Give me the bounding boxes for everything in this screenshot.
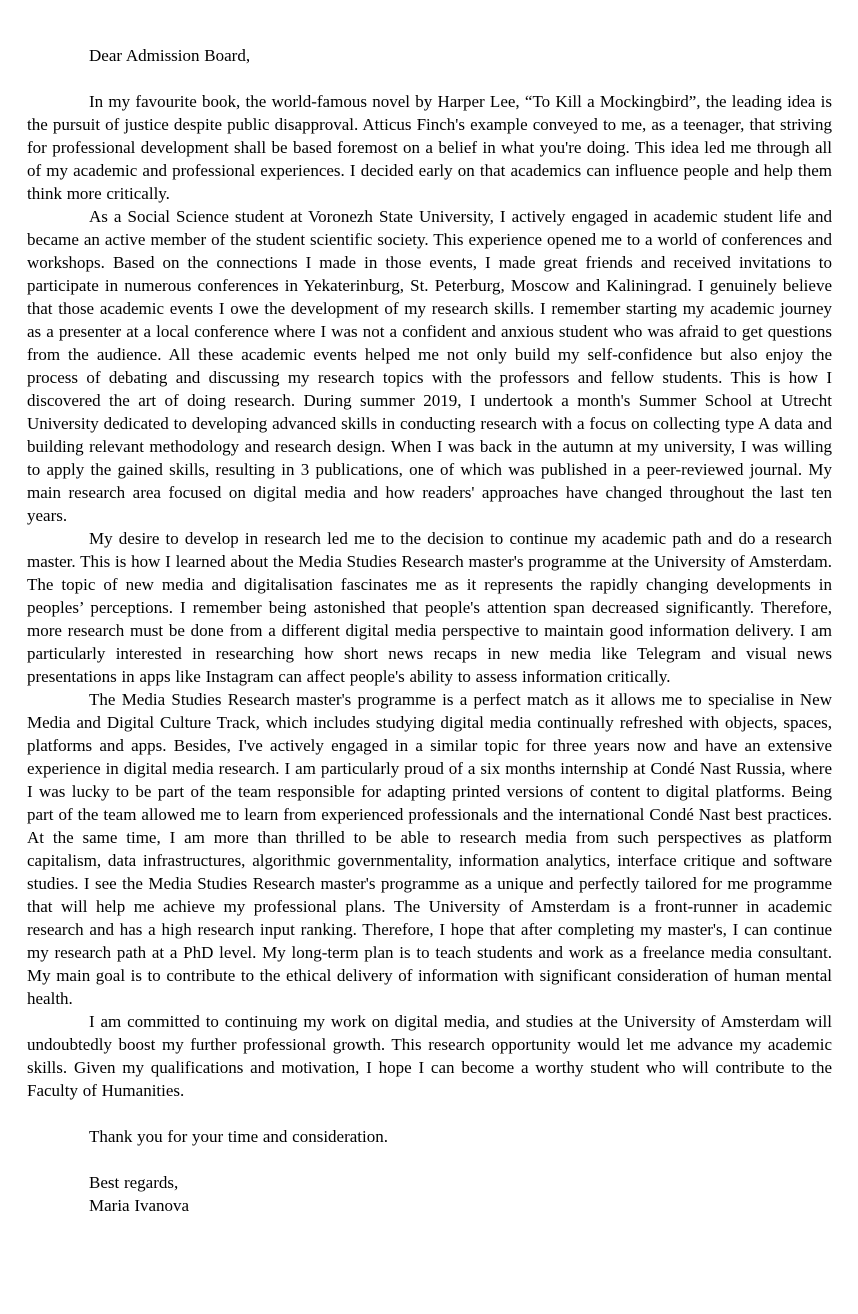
signoff-line: Best regards, — [27, 1171, 832, 1194]
paragraph-academic-background: As a Social Science student at Voronezh … — [27, 205, 832, 527]
letter-page: Dear Admission Board, In my favourite bo… — [0, 0, 858, 1314]
paragraph-intro: In my favourite book, the world-famous n… — [27, 90, 832, 205]
signature-name: Maria Ivanova — [27, 1194, 832, 1217]
salutation: Dear Admission Board, — [27, 44, 832, 67]
thank-you-line: Thank you for your time and consideratio… — [27, 1125, 832, 1148]
paragraph-programme-fit: The Media Studies Research master's prog… — [27, 688, 832, 1010]
paragraph-research-motivation: My desire to develop in research led me … — [27, 527, 832, 688]
paragraph-commitment: I am committed to continuing my work on … — [27, 1010, 832, 1102]
